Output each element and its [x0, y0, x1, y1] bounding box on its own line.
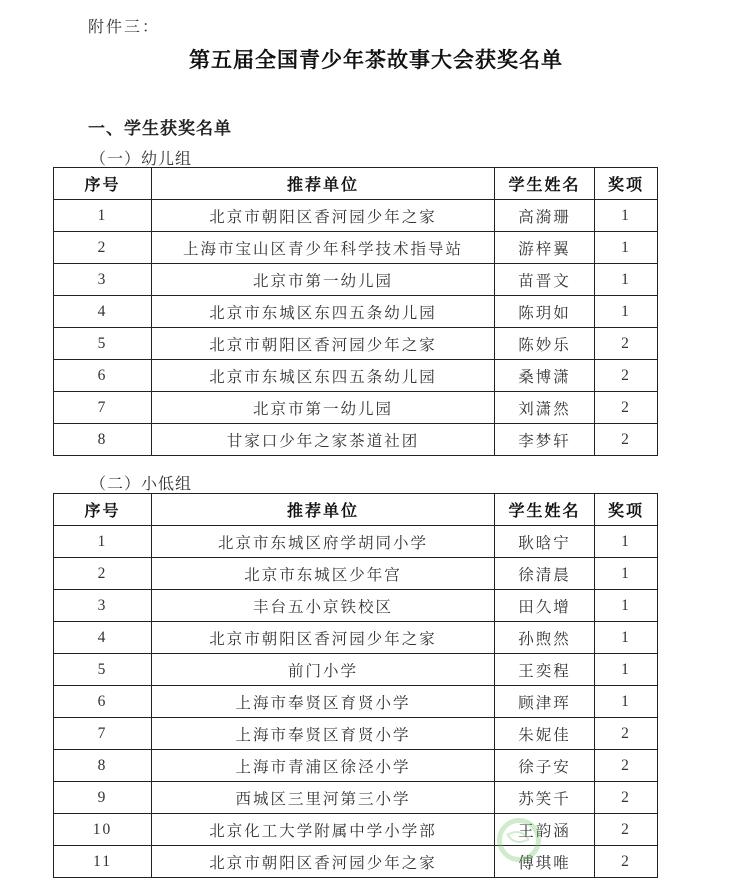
cell-unit: 北京市朝阳区香河园少年之家 — [152, 622, 495, 654]
cell-award: 1 — [595, 654, 658, 686]
cell-student-name: 苗晋文 — [495, 264, 595, 296]
cell-student-name: 刘潇然 — [495, 392, 595, 424]
cell-award: 1 — [595, 686, 658, 718]
table-row: 7北京市第一幼儿园刘潇然2 — [54, 392, 658, 424]
cell-student-name: 陈玥如 — [495, 296, 595, 328]
cell-award: 2 — [595, 392, 658, 424]
table-row: 10北京化工大学附属中学小学部王韵涵2 — [54, 814, 658, 846]
table-row: 3丰台五小京铁校区田久增1 — [54, 590, 658, 622]
cell-unit: 北京市朝阳区香河园少年之家 — [152, 200, 495, 232]
cell-award: 1 — [595, 526, 658, 558]
cell-unit: 北京市东城区东四五条幼儿园 — [152, 296, 495, 328]
cell-no: 7 — [54, 718, 152, 750]
attachment-label: 附件三： — [88, 14, 160, 37]
table-row: 8上海市青浦区徐泾小学徐子安2 — [54, 750, 658, 782]
cell-award: 1 — [595, 200, 658, 232]
cell-award: 1 — [595, 590, 658, 622]
cell-unit: 丰台五小京铁校区 — [152, 590, 495, 622]
cell-award: 2 — [595, 424, 658, 456]
cell-no: 1 — [54, 526, 152, 558]
section-heading: 一、学生获奖名单 — [88, 114, 232, 139]
cell-award: 1 — [595, 264, 658, 296]
cell-student-name: 傅琪唯 — [495, 846, 595, 878]
cell-award: 2 — [595, 782, 658, 814]
cell-award: 2 — [595, 328, 658, 360]
group-label-kindergarten: （一）幼儿组 — [90, 146, 192, 169]
page-title: 第五届全国青少年茶故事大会获奖名单 — [0, 44, 752, 74]
header-unit: 推荐单位 — [152, 494, 495, 526]
table-header-row: 序号 推荐单位 学生姓名 奖项 — [54, 168, 658, 200]
cell-no: 2 — [54, 558, 152, 590]
cell-no: 6 — [54, 360, 152, 392]
cell-student-name: 苏笑千 — [495, 782, 595, 814]
cell-student-name: 王韵涵 — [495, 814, 595, 846]
kindergarten-award-table: 序号 推荐单位 学生姓名 奖项 1北京市朝阳区香河园少年之家高漪珊12上海市宝山… — [53, 167, 658, 456]
cell-unit: 北京市东城区府学胡同小学 — [152, 526, 495, 558]
cell-award: 2 — [595, 846, 658, 878]
table-row: 9西城区三里河第三小学苏笑千2 — [54, 782, 658, 814]
cell-student-name: 李梦轩 — [495, 424, 595, 456]
table-row: 8甘家口少年之家茶道社团李梦轩2 — [54, 424, 658, 456]
cell-unit: 北京市东城区少年宫 — [152, 558, 495, 590]
cell-award: 1 — [595, 296, 658, 328]
header-no: 序号 — [54, 168, 152, 200]
table-header-row: 序号 推荐单位 学生姓名 奖项 — [54, 494, 658, 526]
cell-no: 8 — [54, 424, 152, 456]
header-award: 奖项 — [595, 168, 658, 200]
header-name: 学生姓名 — [495, 494, 595, 526]
cell-award: 2 — [595, 814, 658, 846]
cell-unit: 上海市奉贤区育贤小学 — [152, 718, 495, 750]
cell-unit: 甘家口少年之家茶道社团 — [152, 424, 495, 456]
group-label-lower-primary: （二）小低组 — [90, 471, 192, 494]
cell-unit: 北京市第一幼儿园 — [152, 264, 495, 296]
header-name: 学生姓名 — [495, 168, 595, 200]
cell-no: 3 — [54, 590, 152, 622]
cell-award: 2 — [595, 360, 658, 392]
cell-award: 1 — [595, 232, 658, 264]
cell-student-name: 徐清晨 — [495, 558, 595, 590]
cell-award: 1 — [595, 622, 658, 654]
cell-no: 3 — [54, 264, 152, 296]
cell-unit: 北京市朝阳区香河园少年之家 — [152, 328, 495, 360]
table-row: 7上海市奉贤区育贤小学朱妮佳2 — [54, 718, 658, 750]
cell-unit: 上海市宝山区青少年科学技术指导站 — [152, 232, 495, 264]
cell-no: 4 — [54, 622, 152, 654]
table-row: 6上海市奉贤区育贤小学顾津珲1 — [54, 686, 658, 718]
cell-no: 7 — [54, 392, 152, 424]
cell-unit: 北京市第一幼儿园 — [152, 392, 495, 424]
cell-student-name: 徐子安 — [495, 750, 595, 782]
table-row: 1北京市东城区府学胡同小学耿晗宁1 — [54, 526, 658, 558]
cell-no: 4 — [54, 296, 152, 328]
header-award: 奖项 — [595, 494, 658, 526]
table-row: 6北京市东城区东四五条幼儿园桑博潇2 — [54, 360, 658, 392]
table-row: 5北京市朝阳区香河园少年之家陈妙乐2 — [54, 328, 658, 360]
cell-award: 2 — [595, 718, 658, 750]
cell-unit: 上海市奉贤区育贤小学 — [152, 686, 495, 718]
table-row: 4北京市东城区东四五条幼儿园陈玥如1 — [54, 296, 658, 328]
cell-no: 6 — [54, 686, 152, 718]
table-row: 2上海市宝山区青少年科学技术指导站游梓翼1 — [54, 232, 658, 264]
table-row: 4北京市朝阳区香河园少年之家孙煦然1 — [54, 622, 658, 654]
cell-no: 5 — [54, 328, 152, 360]
header-unit: 推荐单位 — [152, 168, 495, 200]
cell-student-name: 耿晗宁 — [495, 526, 595, 558]
cell-student-name: 高漪珊 — [495, 200, 595, 232]
cell-no: 8 — [54, 750, 152, 782]
cell-no: 5 — [54, 654, 152, 686]
cell-no: 9 — [54, 782, 152, 814]
cell-student-name: 桑博潇 — [495, 360, 595, 392]
cell-student-name: 孙煦然 — [495, 622, 595, 654]
cell-no: 2 — [54, 232, 152, 264]
cell-unit: 北京市朝阳区香河园少年之家 — [152, 846, 495, 878]
cell-student-name: 顾津珲 — [495, 686, 595, 718]
table-row: 5前门小学王奕程1 — [54, 654, 658, 686]
cell-student-name: 游梓翼 — [495, 232, 595, 264]
cell-unit: 上海市青浦区徐泾小学 — [152, 750, 495, 782]
cell-unit: 北京化工大学附属中学小学部 — [152, 814, 495, 846]
cell-no: 1 — [54, 200, 152, 232]
table-row: 2北京市东城区少年宫徐清晨1 — [54, 558, 658, 590]
cell-no: 11 — [54, 846, 152, 878]
header-no: 序号 — [54, 494, 152, 526]
lower-primary-award-table: 序号 推荐单位 学生姓名 奖项 1北京市东城区府学胡同小学耿晗宁12北京市东城区… — [53, 493, 658, 878]
cell-student-name: 王奕程 — [495, 654, 595, 686]
cell-student-name: 陈妙乐 — [495, 328, 595, 360]
cell-award: 2 — [595, 750, 658, 782]
cell-student-name: 朱妮佳 — [495, 718, 595, 750]
table-row: 11北京市朝阳区香河园少年之家傅琪唯2 — [54, 846, 658, 878]
cell-student-name: 田久增 — [495, 590, 595, 622]
cell-unit: 前门小学 — [152, 654, 495, 686]
table-row: 3北京市第一幼儿园苗晋文1 — [54, 264, 658, 296]
cell-unit: 北京市东城区东四五条幼儿园 — [152, 360, 495, 392]
cell-award: 1 — [595, 558, 658, 590]
cell-no: 10 — [54, 814, 152, 846]
table-row: 1北京市朝阳区香河园少年之家高漪珊1 — [54, 200, 658, 232]
cell-unit: 西城区三里河第三小学 — [152, 782, 495, 814]
